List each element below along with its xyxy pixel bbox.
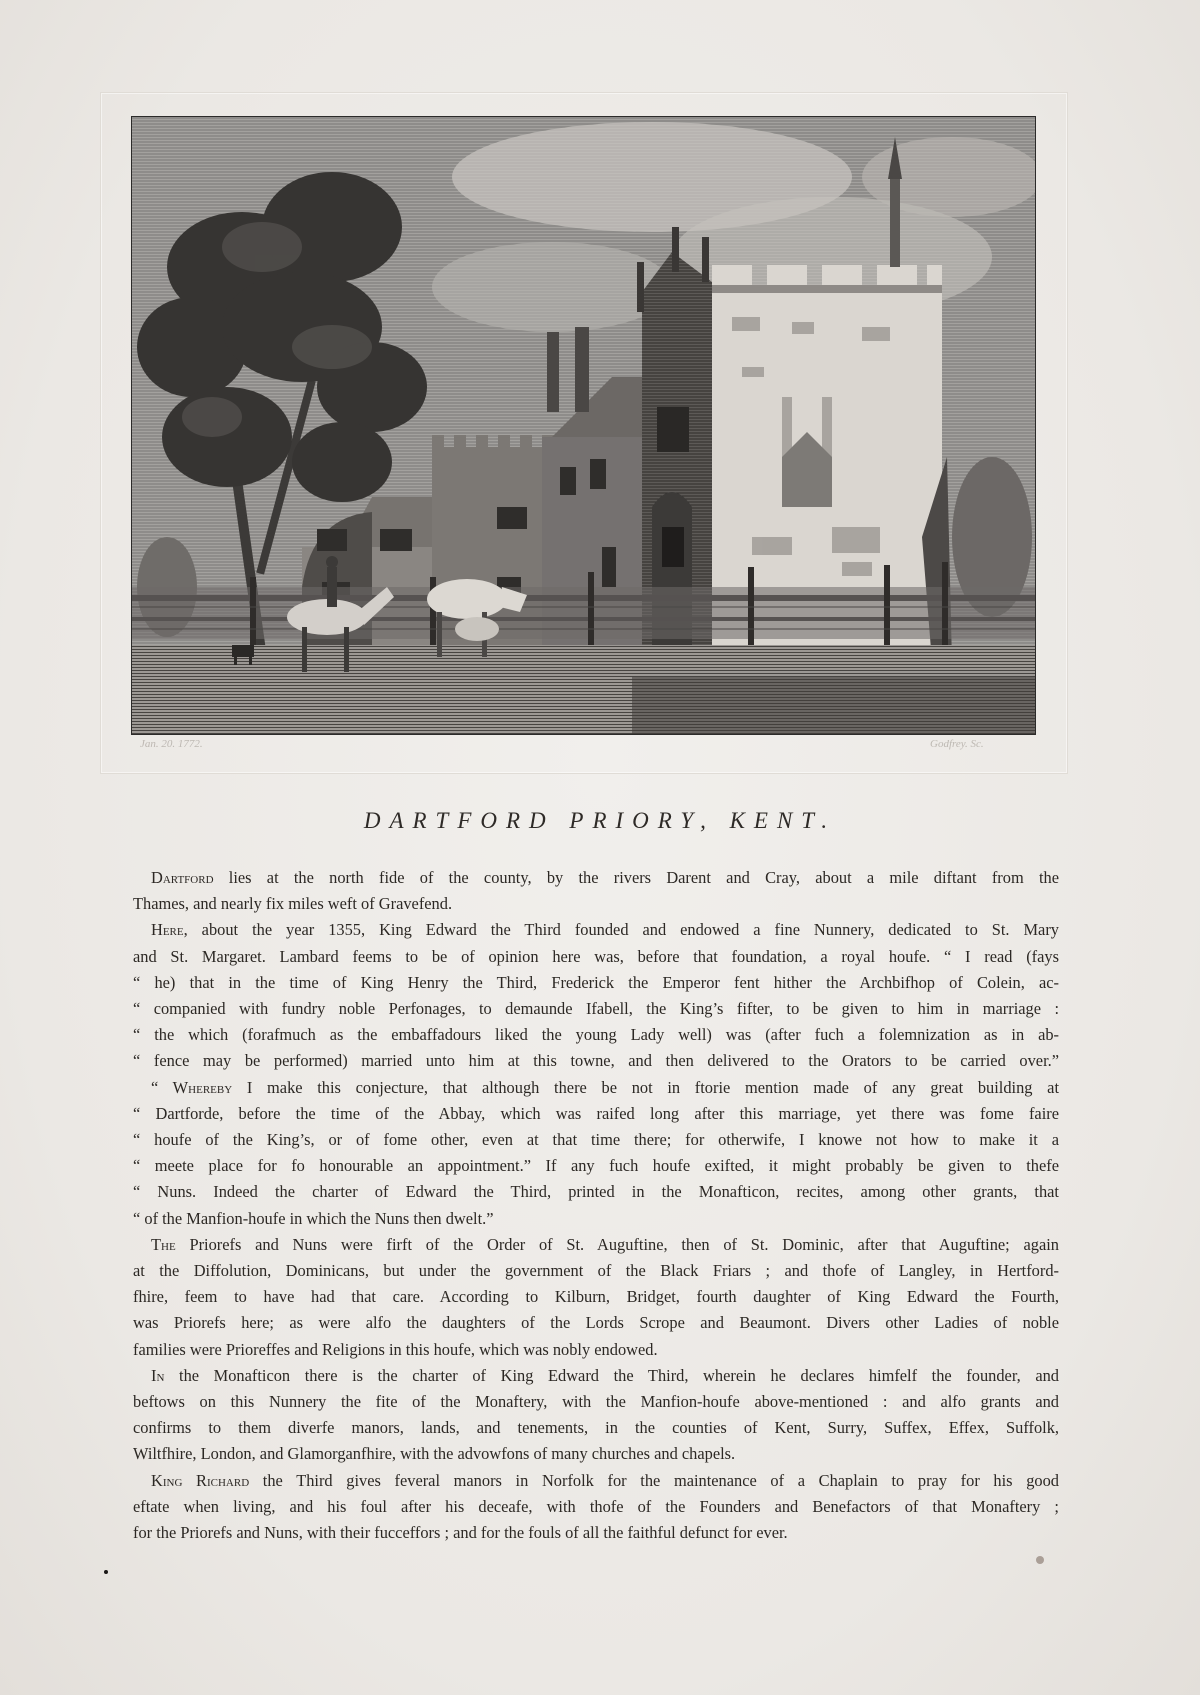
paragraph-king-richard: King Richard the Third gives feveral man… <box>133 1468 1059 1547</box>
body-text: Dartford lies at the north fide of the c… <box>133 865 1059 1546</box>
text-line: Thames, and nearly fix miles weft of Gra… <box>133 891 1059 917</box>
text-line: The Priorefs and Nuns were firft of the … <box>133 1232 1059 1258</box>
text-line: beftows on this Nunnery the fite of the … <box>133 1389 1059 1415</box>
text-line: “ he) that in the time of King Henry the… <box>133 970 1059 996</box>
text-line: King Richard the Third gives feveral man… <box>133 1468 1059 1494</box>
text-line: eftate when living, and his foul after h… <box>133 1494 1059 1520</box>
text-line: Here, about the year 1355, King Edward t… <box>133 917 1059 943</box>
text-line: was Priorefs here; as were alfo the daug… <box>133 1310 1059 1336</box>
text-line: and St. Margaret. Lambard feems to be of… <box>133 944 1059 970</box>
text-line: “ Dartforde, before the time of the Abba… <box>133 1101 1059 1127</box>
text-line: In the Monafticon there is the charter o… <box>133 1363 1059 1389</box>
text-line: fhire, feem to have had that care. Accor… <box>133 1284 1059 1310</box>
plate-date-caption: Jan. 20. 1772. <box>140 738 203 750</box>
paragraph-whereby: “ Whereby I make this conjecture, that a… <box>133 1075 1059 1232</box>
engraving-plate <box>131 116 1036 735</box>
text-line: “ of the Manfion-houfe in which the Nuns… <box>133 1206 1059 1232</box>
paper-foxing-spot <box>104 1570 108 1574</box>
paragraph-monasticon: In the Monafticon there is the charter o… <box>133 1363 1059 1468</box>
paper-foxing-spot <box>1036 1556 1044 1564</box>
text-line: “ companied with fundry noble Perfonages… <box>133 996 1059 1022</box>
text-line: “ houfe of the King’s, or of fome other,… <box>133 1127 1059 1153</box>
text-line: families were Prioreffes and Religions i… <box>133 1337 1059 1363</box>
text-line: “ the which (forafmuch as the embaffadou… <box>133 1022 1059 1048</box>
priory-engraving-illustration <box>132 117 1035 734</box>
text-line: confirms to them diverfe manors, lands, … <box>133 1415 1059 1441</box>
text-line: Dartford lies at the north fide of the c… <box>133 865 1059 891</box>
text-line: for the Priorefs and Nuns, with their fu… <box>133 1520 1059 1546</box>
paragraph-prioress: The Priorefs and Nuns were firft of the … <box>133 1232 1059 1363</box>
page-title: DARTFORD PRIORY, KENT. <box>0 808 1200 834</box>
text-line: “ Nuns. Indeed the charter of Edward the… <box>133 1179 1059 1205</box>
text-line: “ meete place for fo honourable an appoi… <box>133 1153 1059 1179</box>
paragraph-dartford: Dartford lies at the north fide of the c… <box>133 865 1059 917</box>
text-line: “ Whereby I make this conjecture, that a… <box>133 1075 1059 1101</box>
paragraph-here: Here, about the year 1355, King Edward t… <box>133 917 1059 1074</box>
book-page: Jan. 20. 1772. Godfrey. Sc. DARTFORD PRI… <box>0 0 1200 1695</box>
text-line: “ fence may be performed) married unto h… <box>133 1048 1059 1074</box>
text-line: Wiltfhire, London, and Glamorganfhire, w… <box>133 1441 1059 1467</box>
engraver-signature-caption: Godfrey. Sc. <box>930 738 984 750</box>
text-line: at the Diffolution, Dominicans, but unde… <box>133 1258 1059 1284</box>
